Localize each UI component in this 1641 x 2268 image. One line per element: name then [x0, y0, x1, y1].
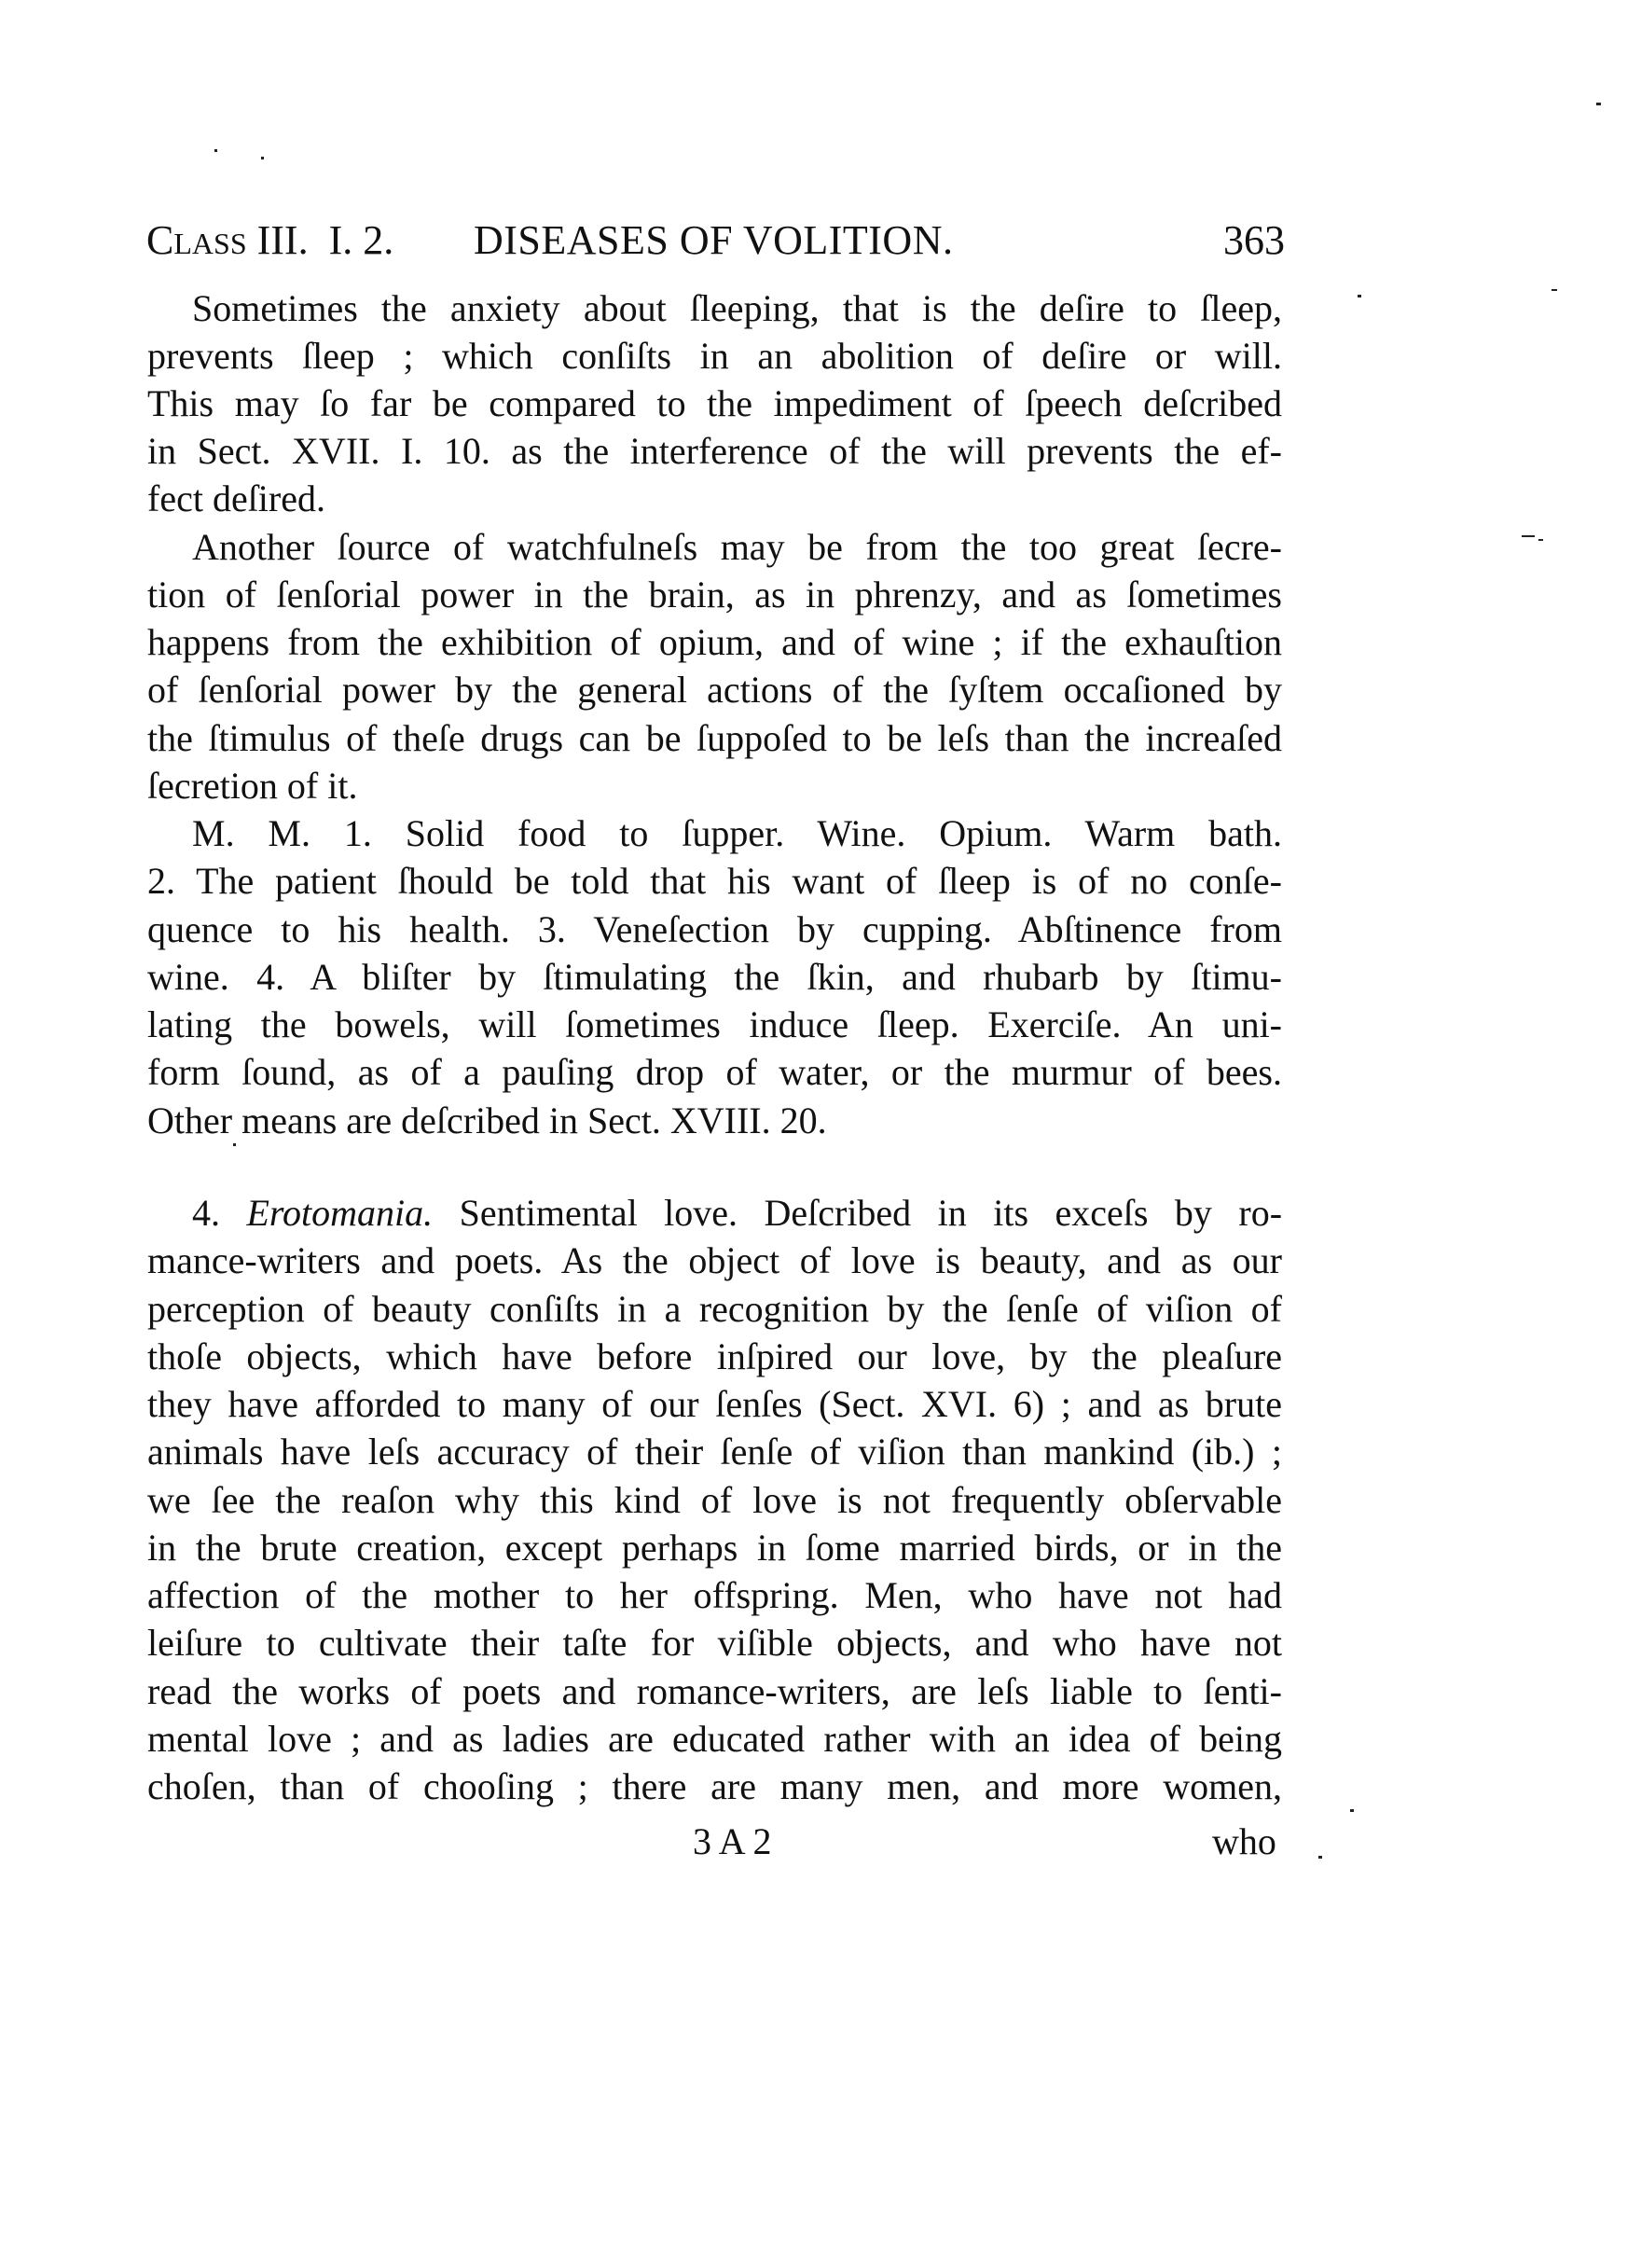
text-line: thoſe objects, which have before inſpire…	[147, 1334, 1282, 1380]
text-line: we ſee the reaſon why this kind of love …	[147, 1477, 1282, 1524]
entry-number: 4.	[192, 1192, 220, 1234]
text-line: in the brute creation, except perhaps in…	[147, 1525, 1282, 1571]
scan-speck	[1551, 289, 1557, 291]
text-line: lating the bowels, will ſometimes induce…	[147, 1002, 1282, 1048]
text-line: Another ſource of watchfulneſs may be fr…	[192, 524, 1282, 571]
text-line: wine. 4. A bliſter by ſtimulating the ſk…	[147, 954, 1282, 1001]
text-line: fect deſired.	[147, 476, 1282, 522]
page-number: 363	[1223, 216, 1285, 265]
entry-first-line: 4. Erotomania. Sentimental love. Deſcrib…	[192, 1190, 1282, 1237]
entry-term: Erotomania.	[246, 1192, 433, 1234]
entry-text: Sentimental love. Deſcribed in its exceſ…	[460, 1192, 1282, 1234]
class-initial: C	[146, 217, 173, 263]
catchword: who	[1212, 1819, 1276, 1865]
text-line: read the works of poets and romance-writ…	[147, 1668, 1282, 1715]
text-line: Sometimes the anxiety about ſleeping, th…	[192, 285, 1282, 332]
text-line: M. M. 1. Solid food to ſupper. Wine. Opi…	[192, 810, 1282, 857]
text-line: 2. The patient ſhould be told that his w…	[147, 858, 1282, 905]
signature-mark: 3 A 2	[693, 1819, 771, 1865]
class-section: III. I. 2.	[247, 217, 394, 263]
scan-speck	[1538, 539, 1543, 541]
text-line: quence to his health. 3. Veneſection by …	[147, 906, 1282, 953]
scan-speck	[1318, 1856, 1322, 1859]
scan-speck	[214, 149, 217, 152]
text-line: prevents ſleep ; which conſiſts in an ab…	[147, 333, 1282, 380]
text-line: mental love ; and as ladies are educated…	[147, 1716, 1282, 1763]
scan-speck	[1350, 1809, 1354, 1812]
scan-speck	[233, 1143, 236, 1146]
scan-speck	[1358, 295, 1361, 297]
text-line: mance-writers and poets. As the object o…	[147, 1238, 1282, 1284]
text-line: of ſenſorial power by the general action…	[147, 667, 1282, 713]
text-line: Other means are deſcribed in Sect. XVIII…	[147, 1098, 1282, 1144]
text-line: form ſound, as of a pauſing drop of wate…	[147, 1049, 1282, 1096]
scan-speck	[261, 157, 264, 159]
text-line: This may ſo far be compared to the imped…	[147, 380, 1282, 427]
text-line: in Sect. XVII. I. 10. as the interferenc…	[147, 428, 1282, 475]
text-line: affection of the mother to her offspring…	[147, 1572, 1282, 1619]
running-header-title: DISEASES OF VOLITION.	[474, 216, 953, 265]
text-line: perception of beauty conſiſts in a recog…	[147, 1286, 1282, 1333]
text-line: the ſtimulus of theſe drugs can be ſuppo…	[147, 715, 1282, 762]
scan-speck	[1522, 535, 1535, 537]
text-line: tion of ſenſorial power in the brain, as…	[147, 572, 1282, 618]
text-line: choſen, than of chooſing ; there are man…	[147, 1763, 1282, 1810]
text-line: ſecretion of it.	[147, 763, 1282, 809]
scan-speck	[1596, 103, 1601, 105]
text-line: animals have leſs accuracy of their ſenſ…	[147, 1429, 1282, 1475]
text-line: leiſure to cultivate their taſte for viſ…	[147, 1620, 1282, 1666]
running-header-class: CLASS III. I. 2.	[146, 216, 393, 265]
text-line: happens from the exhibition of opium, an…	[147, 619, 1282, 666]
text-line: they have afforded to many of our ſenſes…	[147, 1381, 1282, 1428]
class-smallcaps: LASS	[173, 227, 246, 260]
